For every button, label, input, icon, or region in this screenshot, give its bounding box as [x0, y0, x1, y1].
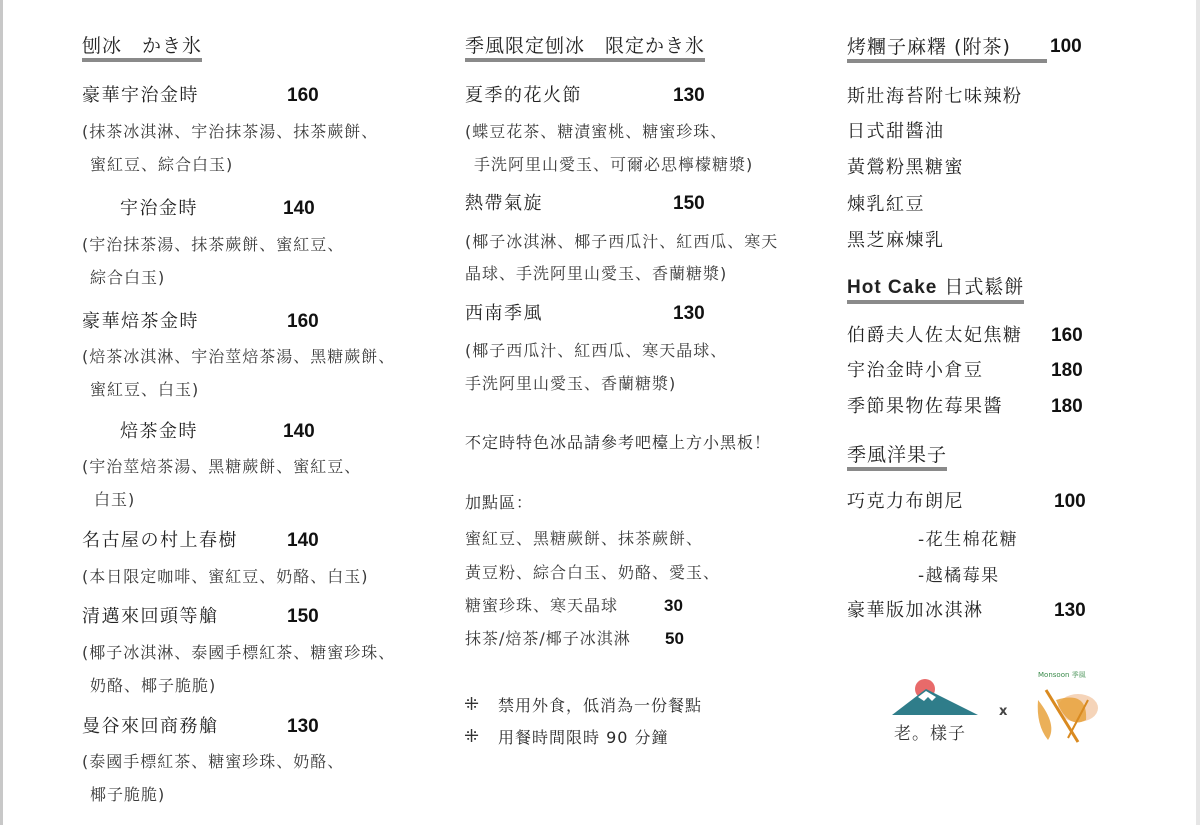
hotcake-heading-zh: 日式鬆餅: [937, 276, 1024, 298]
menu-item-price: 160: [1051, 325, 1083, 347]
menu-item-desc: 奶酪、椰子脆脆): [90, 676, 216, 696]
lao-yangzi-text: 老。樣子: [894, 719, 966, 744]
section-heading-mochi: 烤糰子麻糬 (附茶): [847, 35, 1047, 63]
mochi-flavor: 黑芝麻煉乳: [847, 230, 945, 252]
menu-item-desc: 手洗阿里山愛玉、香蘭糖漿): [465, 374, 676, 394]
menu-item-price: 180: [1051, 360, 1083, 382]
section-heading-hotcake: Hot Cake 日式鬆餅: [847, 275, 1024, 304]
menu-item-desc: (宇治莖焙茶湯、黑糖蕨餅、蜜紅豆、: [82, 457, 361, 477]
addons-heading: 加點區：: [465, 493, 533, 513]
menu-item-price: 150: [287, 606, 319, 628]
menu-item-desc: 白玉): [94, 490, 135, 510]
mochi-flavor: 黃鶯粉黑糖蜜: [847, 157, 964, 179]
menu-item-name: 名古屋の村上春樹: [82, 530, 238, 552]
menu-item-desc: (抹茶冰淇淋、宇治抹茶湯、抹茶蕨餅、: [82, 122, 378, 142]
menu-item-desc: 蜜紅豆、白玉): [90, 380, 199, 400]
menu-item-desc: (椰子西瓜汁、紅西瓜、寒天晶球、: [465, 341, 727, 361]
menu-item-desc: 椰子脆脆): [90, 785, 165, 805]
menu-item-desc: 綜合白玉): [90, 268, 165, 288]
menu-item-desc: (宇治抹茶湯、抹茶蕨餅、蜜紅豆、: [82, 235, 344, 255]
section-heading-seasonal: 季風限定刨冰 限定かき氷: [465, 34, 705, 62]
brownie-option: -花生棉花糖: [918, 530, 1018, 550]
menu-item-name: 清邁來回頭等艙: [82, 606, 219, 628]
menu-item-price: 130: [673, 85, 705, 107]
menu-item-desc: (本日限定咖啡、蜜紅豆、奶酪、白玉): [82, 567, 369, 587]
mochi-flavor: 斯壯海苔附七味辣粉: [847, 86, 1023, 108]
menu-item-name: 夏季的花火節: [465, 85, 582, 107]
rule-text: 禁用外食，低消為一份餐點: [498, 696, 702, 716]
menu-item-price: 130: [673, 303, 705, 325]
clover-bullet-icon: ⁜: [464, 694, 479, 715]
page-border-right: [1196, 0, 1200, 825]
menu-item-name: 伯爵夫人佐太妃焦糖: [847, 325, 1023, 347]
menu-item-desc: (泰國手標紅茶、糖蜜珍珠、奶酪、: [82, 752, 344, 772]
monsoon-logo: Monsoon 季風: [1028, 670, 1104, 750]
addons-line: 黃豆粉、綜合白玉、奶酪、愛玉、: [465, 563, 720, 583]
menu-item-desc: (蝶豆花茶、糖漬蜜桃、糖蜜珍珠、: [465, 122, 727, 142]
monsoon-leaf-icon: [1028, 670, 1104, 750]
addons-icecream-line: 抹茶/焙茶/椰子冰淇淋: [465, 629, 631, 649]
menu-item-price: 180: [1051, 396, 1083, 418]
menu-item-desc: (椰子冰淇淋、泰國手標紅茶、糖蜜珍珠、: [82, 643, 395, 663]
menu-item-name: 宇治金時小倉豆: [847, 360, 984, 382]
menu-item-desc: 晶球、手洗阿里山愛玉、香蘭糖漿): [465, 264, 727, 284]
menu-item-price: 140: [283, 421, 315, 443]
addons-price-50: 50: [665, 628, 684, 650]
menu-item-name: 豪華宇治金時: [82, 85, 199, 107]
menu-item-price: 100: [1054, 491, 1086, 513]
collab-cross-icon: x: [999, 704, 1007, 719]
menu-item-price: 130: [287, 716, 319, 738]
rule-text: 用餐時間限時 90 分鐘: [498, 728, 669, 748]
mochi-flavor: 煉乳紅豆: [847, 194, 925, 216]
brownie-option: -越橘莓果: [918, 566, 1000, 586]
menu-item-name: 豪華焙茶金時: [82, 311, 199, 333]
blackboard-notice: 不定時特色冰品請參考吧檯上方小黑板！: [465, 433, 771, 453]
menu-item-name: 西南季風: [465, 303, 543, 325]
menu-item-name: 焙茶金時: [120, 421, 198, 443]
addons-line: 糖蜜珍珠、寒天晶球: [465, 596, 618, 616]
menu-item-name: 曼谷來回商務艙: [82, 716, 219, 738]
clover-bullet-icon: ⁜: [464, 726, 479, 747]
menu-item-name: 巧克力布朗尼: [847, 491, 964, 513]
menu-item-desc: (椰子冰淇淋、椰子西瓜汁、紅西瓜、寒天: [465, 232, 778, 252]
menu-item-name: 豪華版加冰淇淋: [847, 600, 984, 622]
menu-item-name: 季節果物佐莓果醬: [847, 396, 1003, 418]
menu-item-desc: 手洗阿里山愛玉、可爾必思檸檬糖漿): [474, 155, 753, 175]
menu-item-price: 160: [287, 311, 319, 333]
menu-item-price: 150: [673, 193, 705, 215]
menu-item-desc: 蜜紅豆、綜合白玉): [90, 155, 233, 175]
hotcake-heading-en: Hot Cake: [847, 277, 937, 298]
mochi-price: 100: [1050, 36, 1082, 58]
menu-item-price: 140: [287, 530, 319, 552]
addons-price-30: 30: [664, 595, 683, 617]
lao-yangzi-logo: 老。樣子: [890, 675, 980, 745]
menu-item-price: 130: [1054, 600, 1086, 622]
section-heading-sweets: 季風洋果子: [847, 443, 947, 471]
page-border-left: [0, 0, 3, 825]
menu-item-name: 熱帶氣旋: [465, 193, 543, 215]
section-heading-shaved-ice: 刨冰 かき氷: [82, 34, 202, 62]
menu-item-price: 160: [287, 85, 319, 107]
addons-line: 蜜紅豆、黑糖蕨餅、抹茶蕨餅、: [465, 529, 703, 549]
mochi-flavor: 日式甜醬油: [847, 121, 945, 143]
menu-item-desc: (焙茶冰淇淋、宇治莖焙茶湯、黑糖蕨餅、: [82, 347, 395, 367]
menu-item-name: 宇治金時: [120, 198, 198, 220]
menu-item-price: 140: [283, 198, 315, 220]
